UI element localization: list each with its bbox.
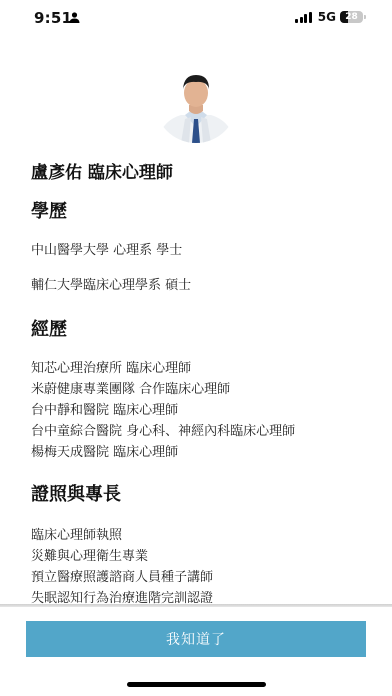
education-heading: 學歷	[31, 200, 371, 224]
experience-item: 米蔚健康專業團隊 合作臨床心理師	[31, 379, 371, 400]
status-bar: 9:51 5G 28	[0, 0, 392, 40]
battery-level: 28	[345, 12, 358, 22]
profile-content: 盧彥佑 臨床心理師 學歷 中山醫學大學 心理系 學士 輔仁大學臨床心理學系 碩士…	[31, 162, 371, 607]
certification-item: 臨床心理師執照	[31, 525, 371, 546]
person-icon	[69, 12, 80, 23]
acknowledge-button[interactable]: 我知道了	[26, 621, 366, 657]
education-item: 中山醫學大學 心理系 學士	[31, 240, 371, 261]
avatar	[155, 67, 237, 143]
experience-item: 台中童綜合醫院 身心科、神經內科臨床心理師	[31, 421, 371, 442]
profile-scroll-area[interactable]: 盧彥佑 臨床心理師 學歷 中山醫學大學 心理系 學士 輔仁大學臨床心理學系 碩士…	[0, 40, 392, 607]
experience-item: 知芯心理治療所 臨床心理師	[31, 358, 371, 379]
certification-item: 預立醫療照護諮商人員種子講師	[31, 567, 371, 588]
status-indicators: 5G 28	[295, 10, 366, 24]
page-title: 盧彥佑 臨床心理師	[31, 162, 371, 184]
education-item: 輔仁大學臨床心理學系 碩士	[31, 275, 371, 296]
battery-cap-icon	[364, 15, 366, 19]
network-type: 5G	[318, 10, 336, 24]
certification-item: 災難與心理衛生專業	[31, 546, 371, 567]
experience-heading: 經歷	[31, 318, 371, 342]
doctor-portrait-image	[155, 67, 237, 143]
experience-item: 楊梅天成醫院 臨床心理師	[31, 442, 371, 463]
footer: 我知道了	[0, 607, 392, 696]
cellular-signal-icon	[295, 12, 312, 23]
certifications-heading: 證照與專長	[31, 483, 371, 507]
battery-icon: 28	[340, 11, 363, 23]
home-indicator[interactable]	[127, 682, 266, 687]
experience-item: 台中靜和醫院 臨床心理師	[31, 400, 371, 421]
status-time: 9:51	[34, 9, 72, 27]
